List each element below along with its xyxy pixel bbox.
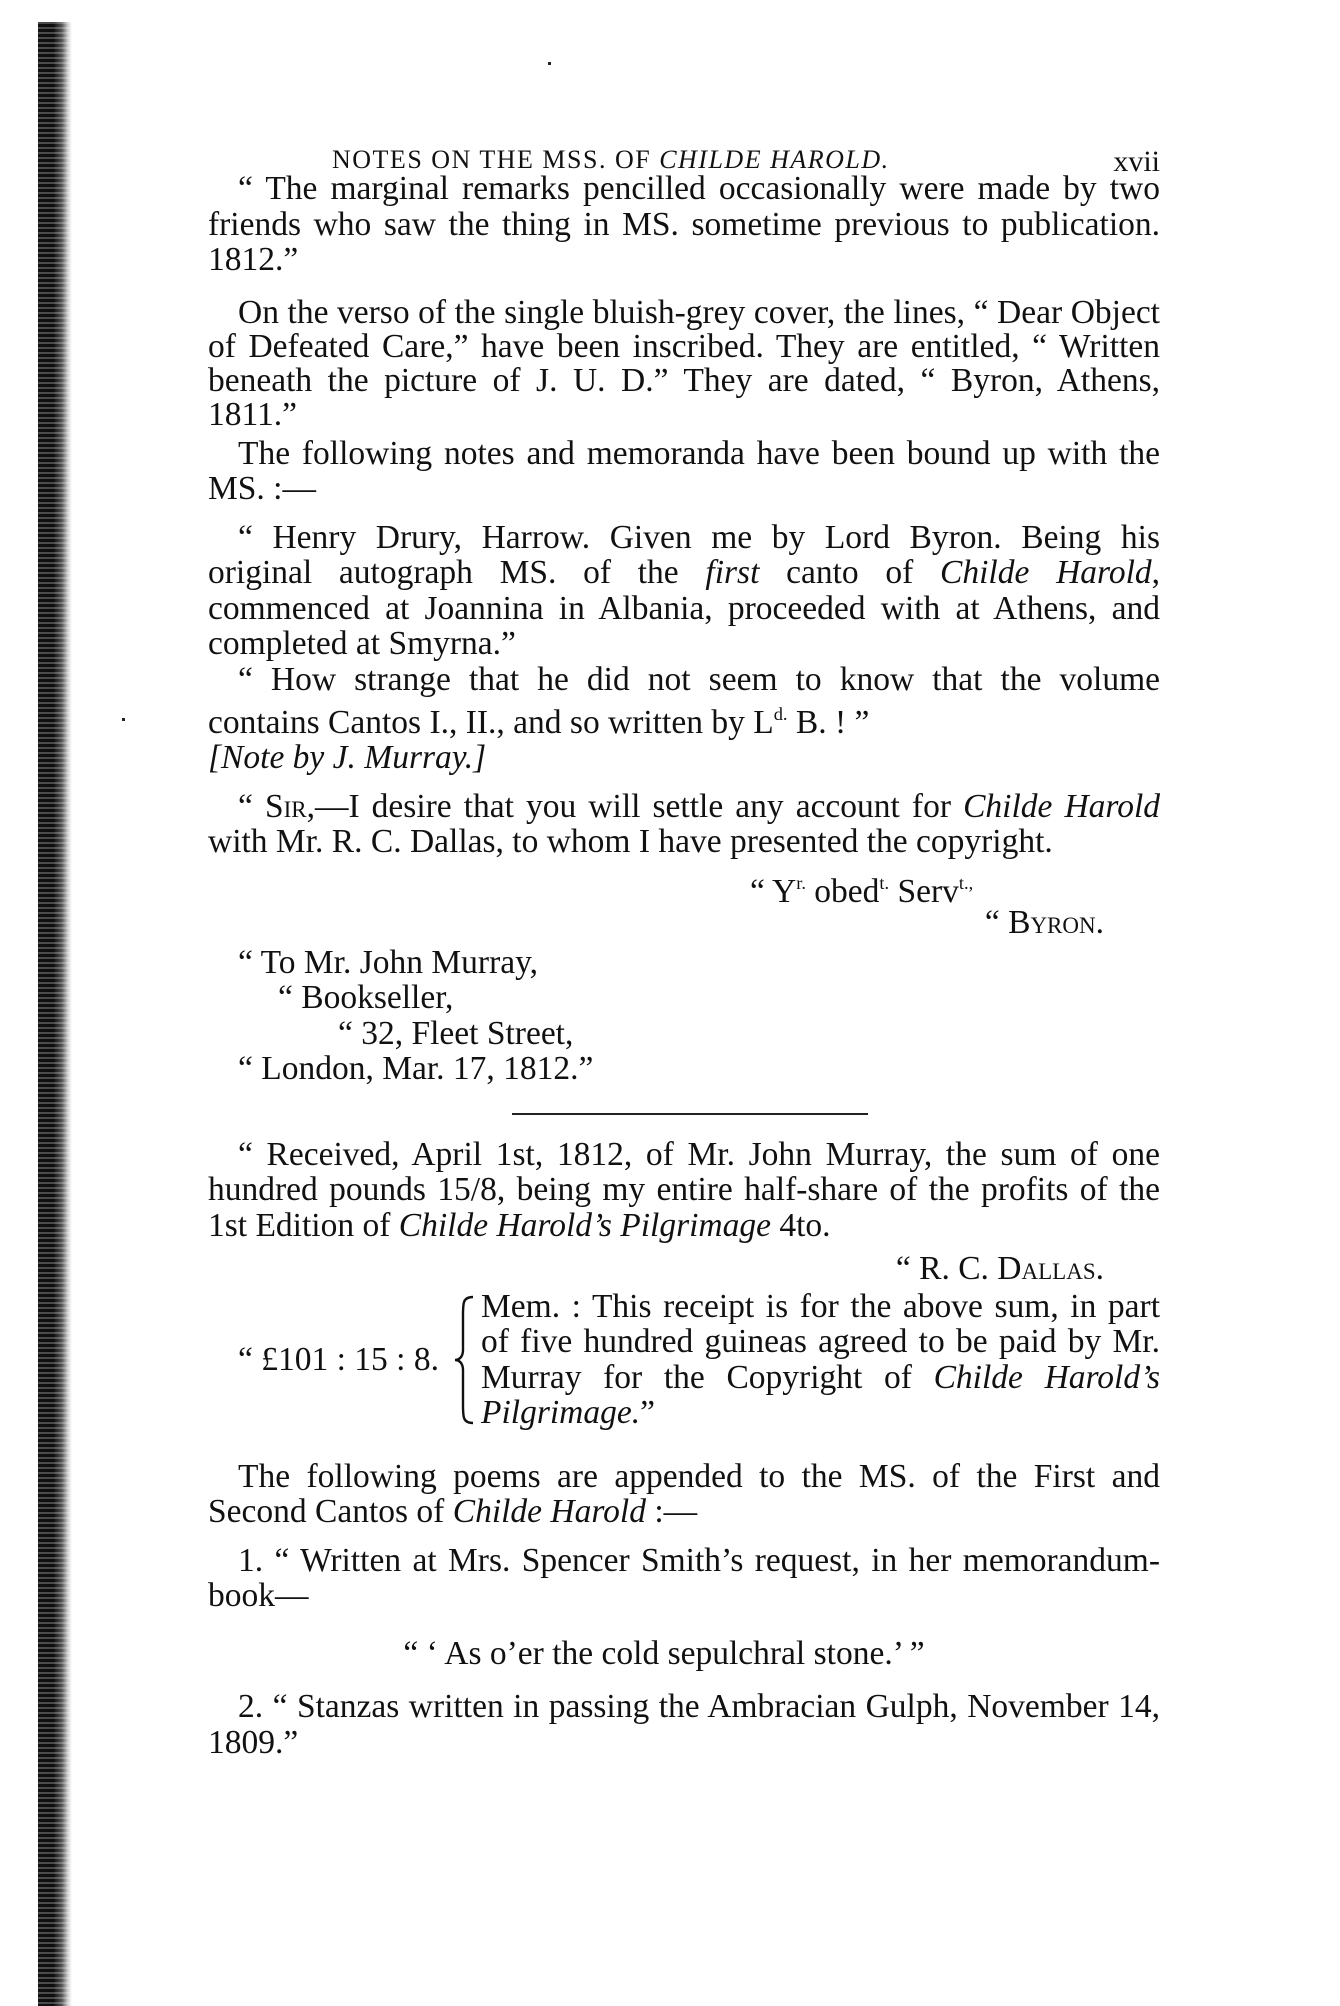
letter-signature: “ Byron. — [208, 905, 1160, 941]
receipt-signature: “ R. C. Dallas. — [208, 1251, 1160, 1287]
text: “ — [238, 788, 265, 825]
text: ” — [640, 1394, 655, 1431]
paragraph-how-strange: “ How strange that he did not seem to kn… — [208, 662, 1160, 741]
receipt-memo: “ £101 : 15 : 8. Mem. : This receipt is … — [208, 1289, 1160, 1431]
small-caps-sir: Sir — [265, 788, 307, 825]
paragraph-verso-cover: On the verso of the single bluish-grey c… — [208, 296, 1160, 432]
paragraph-marginal-remarks: “ The marginal remarks pencilled occasio… — [208, 171, 1160, 278]
address-line-4: “ London, Mar. 17, 1812.” — [208, 1051, 1160, 1087]
curly-brace-icon — [453, 1295, 475, 1425]
superscript: t. — [879, 873, 889, 893]
text: canto of — [759, 554, 940, 591]
note-attribution: [Note by J. Murray.] — [208, 740, 1160, 776]
italic-first: first — [705, 554, 759, 591]
speck-mark — [548, 62, 551, 65]
poem-item-1-quote: “ ‘ As o’er the cold sepulchral stone.’ … — [208, 1636, 1160, 1672]
address-line-2: “ Bookseller, — [208, 980, 1160, 1016]
text: “ Y — [750, 873, 796, 910]
speck-mark — [122, 718, 125, 721]
text: obed — [806, 873, 880, 910]
paragraph-receipt: “ Received, April 1st, 1812, of Mr. John… — [208, 1137, 1160, 1244]
italic-title: Childe Harold — [940, 554, 1152, 591]
paragraph-sir-letter: “ Sir,—I desire that you will settle any… — [208, 789, 1160, 860]
text: B. ! ” — [788, 704, 870, 741]
address-line-1: “ To Mr. John Murray, — [208, 945, 1160, 981]
address-line-3: “ 32, Fleet Street, — [208, 1016, 1160, 1052]
italic-title: Childe Harold — [963, 788, 1160, 825]
receipt-amount: “ £101 : 15 : 8. — [208, 1342, 453, 1378]
text: :— — [646, 1493, 697, 1530]
book-binding-shadow — [38, 22, 72, 2006]
poem-item-2: 2. “ Stanzas written in passing the Ambr… — [208, 1689, 1160, 1760]
text: with Mr. R. C. Dallas, to whom I have pr… — [208, 823, 1053, 860]
italic-note: [Note by J. Murray.] — [208, 739, 486, 776]
paragraph-notes-intro: The following notes and memoranda have b… — [208, 436, 1160, 507]
paragraph-poems-intro: The following poems are appended to the … — [208, 1459, 1160, 1530]
superscript: r. — [796, 873, 806, 893]
text: “ How strange that he did not seem to kn… — [208, 661, 1160, 741]
paragraph-henry-drury: “ Henry Drury, Harrow. Given me by Lord … — [208, 520, 1160, 662]
letter-closing: “ Yr. obedt. Servt., — [208, 866, 1160, 909]
italic-title: Childe Harold’s Pilgrimage — [399, 1207, 771, 1244]
text: 4to. — [771, 1207, 831, 1244]
page-body: “ The marginal remarks pencilled occasio… — [208, 171, 1160, 1760]
memo-text: Mem. : This receipt is for the above sum… — [481, 1289, 1160, 1431]
superscript: t., — [959, 873, 973, 893]
superscript: d. — [774, 704, 788, 724]
section-divider — [512, 1113, 868, 1115]
text: ,—I desire that you will settle any acco… — [307, 788, 963, 825]
poem-item-1: 1. “ Written at Mrs. Spencer Smith’s req… — [208, 1543, 1160, 1614]
text: Serv — [889, 873, 959, 910]
italic-title: Childe Harold — [453, 1493, 646, 1530]
